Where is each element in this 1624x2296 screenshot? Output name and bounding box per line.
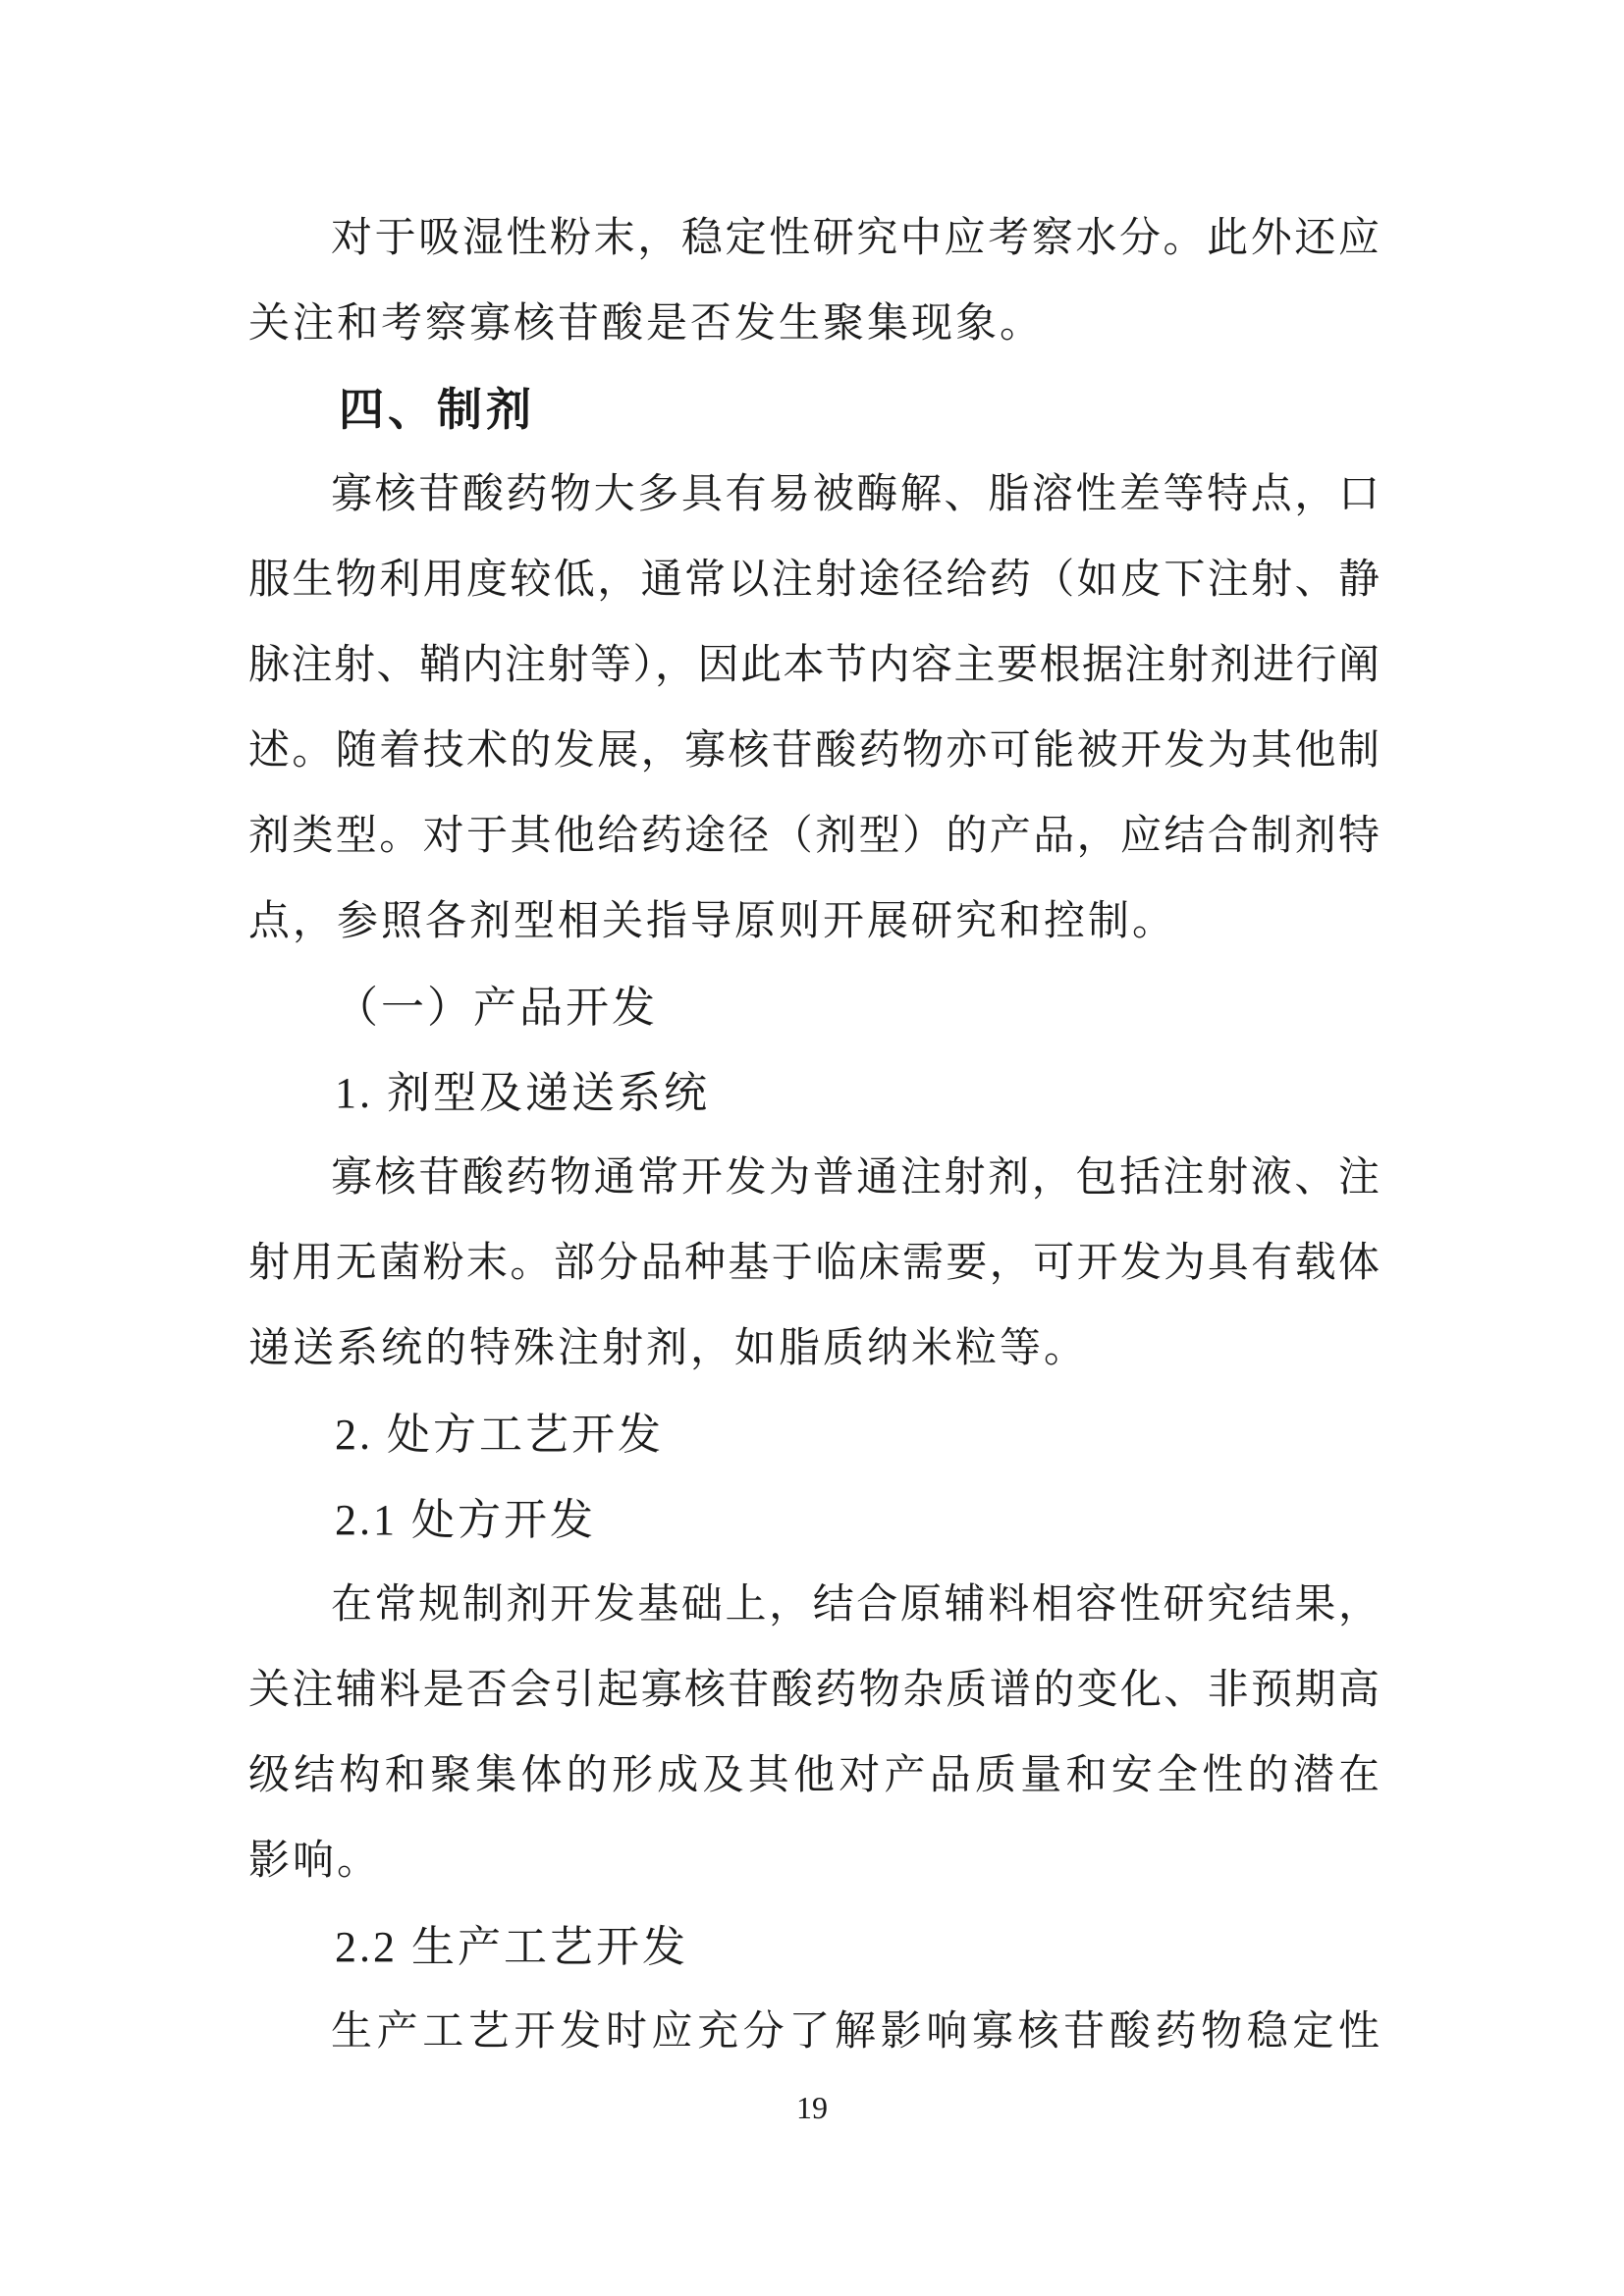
body-line: 关注和考察寡核苷酸是否发生聚集现象。: [248, 282, 1380, 367]
document-body: 对于吸湿性粉末，稳定性研究中应考察水分。此外还应 关注和考察寡核苷酸是否发生聚集…: [248, 196, 1380, 2075]
page-number: 19: [0, 2073, 1624, 2142]
body-line: 对于吸湿性粉末，稳定性研究中应考察水分。此外还应: [248, 196, 1380, 282]
body-line: 影响。: [248, 1819, 1380, 1904]
body-line: 递送系统的特殊注射剂，如脂质纳米粒等。: [248, 1307, 1380, 1392]
body-line: 服生物利用度较低，通常以注射途径给药（如皮下注射、静: [248, 538, 1380, 623]
body-line: 剂类型。对于其他给药途径（剂型）的产品，应结合制剂特: [248, 794, 1380, 880]
body-line: 关注辅料是否会引起寡核苷酸药物杂质谱的变化、非预期高: [248, 1648, 1380, 1734]
body-line: 射用无菌粉末。部分品种基于临床需要，可开发为具有载体: [248, 1221, 1380, 1307]
document-page: 对于吸湿性粉末，稳定性研究中应考察水分。此外还应 关注和考察寡核苷酸是否发生聚集…: [0, 0, 1624, 2296]
body-line: 级结构和聚集体的形成及其他对产品质量和安全性的潜在: [248, 1734, 1380, 1819]
heading-manufacturing-process-development: 2.2 生产工艺开发: [248, 1904, 1380, 1990]
heading-section-four-formulation: 四、制剂: [248, 367, 1380, 453]
heading-formula-development: 2.1 处方开发: [248, 1477, 1380, 1563]
body-line: 生产工艺开发时应充分了解影响寡核苷酸药物稳定性: [248, 1990, 1380, 2075]
heading-dosage-form-delivery-system: 1. 剂型及递送系统: [248, 1050, 1380, 1136]
heading-product-development: （一）产品开发: [248, 965, 1380, 1050]
body-line: 寡核苷酸药物通常开发为普通注射剂，包括注射液、注: [248, 1136, 1380, 1221]
body-line: 脉注射、鞘内注射等），因此本节内容主要根据注射剂进行阐: [248, 623, 1380, 709]
body-line: 在常规制剂开发基础上，结合原辅料相容性研究结果，: [248, 1563, 1380, 1648]
body-line: 寡核苷酸药物大多具有易被酶解、脂溶性差等特点，口: [248, 453, 1380, 538]
heading-formulation-process-development: 2. 处方工艺开发: [248, 1392, 1380, 1477]
body-line: 述。随着技术的发展，寡核苷酸药物亦可能被开发为其他制: [248, 709, 1380, 794]
body-line: 点，参照各剂型相关指导原则开展研究和控制。: [248, 880, 1380, 965]
